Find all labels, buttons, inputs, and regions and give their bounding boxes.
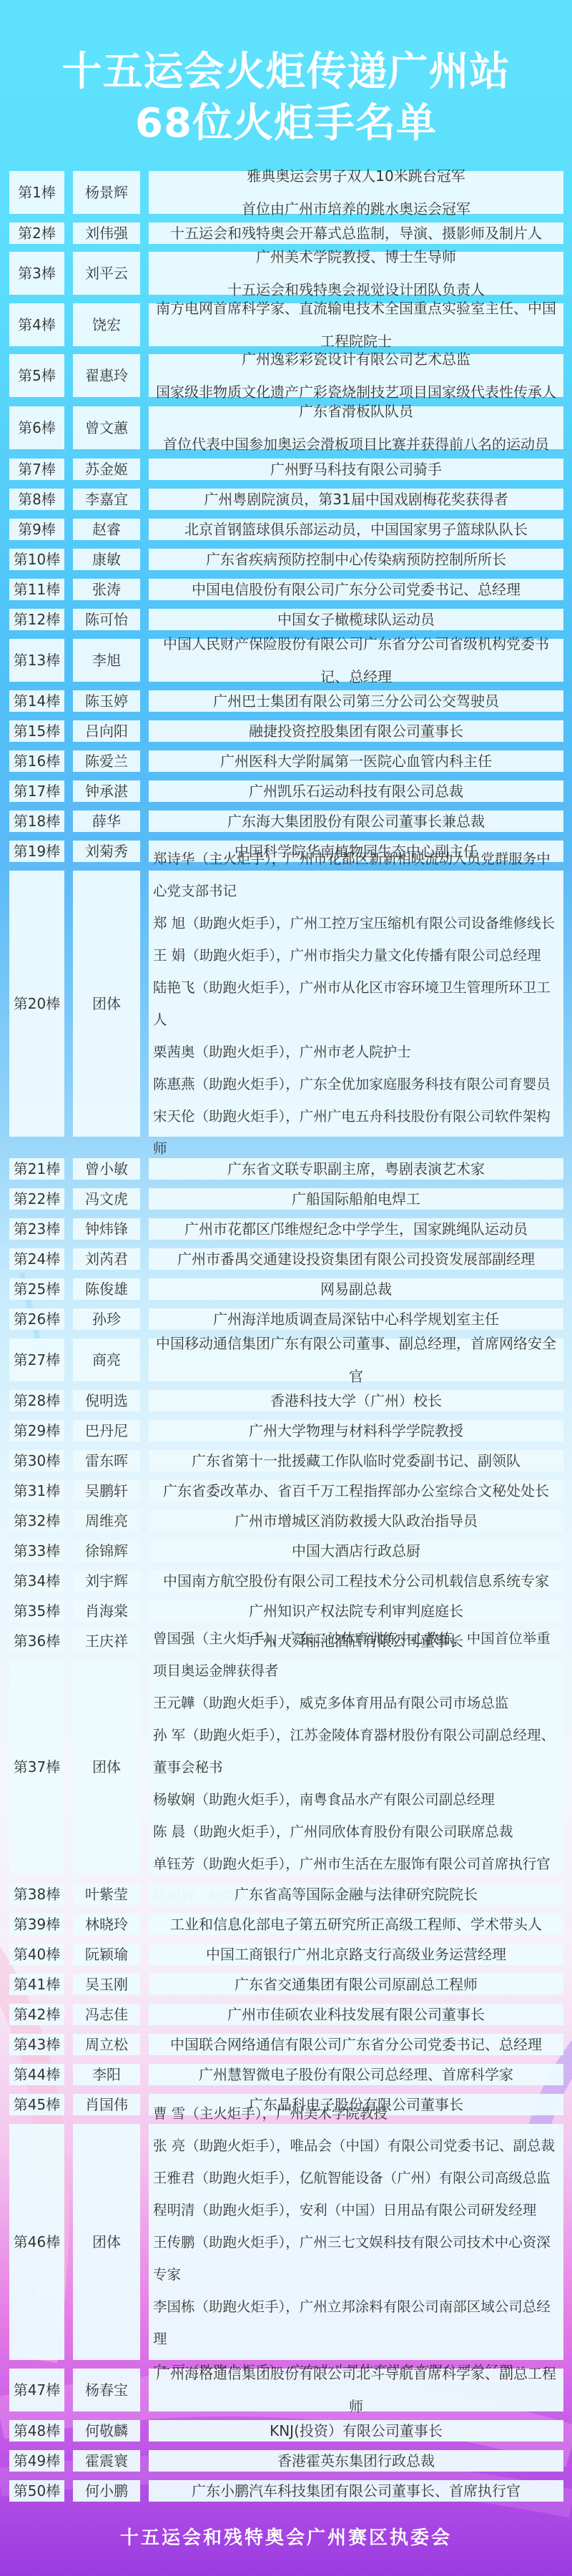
leg-number: 第5棒 (9, 354, 64, 397)
team-member-line: 孙 军（助跑火炬手），江苏金陵体育器材股份有限公司副总经理、董事会秘书 (153, 1719, 559, 1783)
team-member-line: 曾国强（主火炬手），广东二沙体育训练中心教练，中国首位举重项目奥运金牌获得者 (153, 1622, 559, 1687)
torchbearer-description: 广州市增城区消防救援大队政治指导员 (149, 1510, 563, 1532)
leg-number: 第32棒 (9, 1510, 64, 1532)
table-row: 第13棒李旭中国人民财产保险股份有限公司广东省分公司省级机构党委书记、总经理 (9, 639, 563, 682)
table-row: 第29棒巴丹尼广州大学物理与材料科学学院教授 (9, 1420, 563, 1441)
torchbearer-name: 杨春宝 (73, 2369, 140, 2411)
description-line: 广州野马科技有限公司骑手 (270, 453, 442, 486)
torchbearer-description: 广东省文联专职副主席，粤剧表演艺术家 (149, 1158, 563, 1180)
table-row: 第3棒刘平云广州美术学院教授、博士生导师十五运会和残特奥会视觉设计团队负责人 (9, 252, 563, 295)
torchbearer-description: 中国大酒店行政总厨 (149, 1540, 563, 1562)
description-line: KNJ(投资）有限公司董事长 (270, 2414, 443, 2447)
torchbearer-name: 陈爱兰 (73, 750, 140, 772)
torchbearer-name: 团体 (73, 871, 140, 1137)
table-row: 第49棒霍震寰香港霍英东集团行政总裁 (9, 2450, 563, 2472)
torchbearer-name: 肖国伟 (73, 2094, 140, 2115)
torchbearer-name: 倪明选 (73, 1390, 140, 1411)
table-row: 第40棒阮颖瑜中国工商银行广州北京路支行高级业务运营经理 (9, 1944, 563, 1965)
torchbearer-name: 林晓玲 (73, 1914, 140, 1935)
description-line: 广东省交通集团有限公司原副总工程师 (235, 1968, 478, 2001)
description-line: 广州慧智微电子股份有限公司总经理、首席科学家 (199, 2058, 513, 2091)
torchbearer-description: 广东小鹏汽车科技集团有限公司董事长、首席执行官 (149, 2480, 563, 2502)
leg-number: 第28棒 (9, 1390, 64, 1411)
description-line: 北京首钢篮球俱乐部运动员，中国国家男子篮球队队长 (184, 513, 528, 546)
torchbearer-name: 陈可怡 (73, 609, 140, 630)
torchbearer-description: 融捷投资控股集团有限公司董事长 (149, 720, 563, 742)
team-member-line: 杨敏娴（助跑火炬手），南粤食品水产有限公司副总经理 (153, 1783, 495, 1816)
table-row: 第20棒团体郑诗华（主火炬手），广州市花都区新新相映流动人员党群服务中心党支部书… (9, 871, 563, 1137)
leg-number: 第16棒 (9, 750, 64, 772)
torchbearer-name: 吴玉刚 (73, 1974, 140, 1995)
table-row: 第50棒何小鹏广东小鹏汽车科技集团有限公司董事长、首席执行官 (9, 2480, 563, 2502)
team-member-line: 王元韡（助跑火炬手），威克多体育用品有限公司市场总监 (153, 1687, 508, 1719)
description-line: 广州海格通信集团股份有限公司北斗导航首席科学家、副总工程师 (156, 2357, 556, 2423)
torchbearer-name: 王庆祥 (73, 1630, 140, 1652)
table-row: 第24棒刘芮君广州市番禺交通建设投资集团有限公司投资发展部副经理 (9, 1248, 563, 1270)
description-line: 广东省委改革办、省百千万工程指挥部办公室综合文秘处处长 (163, 1474, 549, 1507)
torchbearer-name: 阮颖瑜 (73, 1944, 140, 1965)
torchbearer-description: 中国人民财产保险股份有限公司广东省分公司省级机构党委书记、总经理 (149, 639, 563, 682)
leg-number: 第21棒 (9, 1158, 64, 1180)
description-line: 广州巴士集团有限公司第三分公司公交驾驶员 (213, 685, 499, 718)
torchbearer-name: 吕向阳 (73, 720, 140, 742)
leg-number: 第25棒 (9, 1278, 64, 1300)
description-line: 广东省第十一批援藏工作队临时党委副书记、副领队 (192, 1444, 521, 1477)
leg-number: 第17棒 (9, 780, 64, 802)
leg-number: 第30棒 (9, 1450, 64, 1471)
table-row: 第37棒团体曾国强（主火炬手），广东二沙体育训练中心教练，中国首位举重项目奥运金… (9, 1660, 563, 1874)
leg-number: 第6棒 (9, 406, 64, 449)
description-line: 中国工商银行广州北京路支行高级业务运营经理 (206, 1938, 506, 1971)
leg-number: 第43棒 (9, 2034, 64, 2055)
description-line: 广州市佳硕农业科技发展有限公司董事长 (227, 1998, 485, 2031)
leg-number: 第12棒 (9, 609, 64, 630)
table-row: 第6棒曾文蕙广东省滑板队队员首位代表中国参加奥运会滑板项目比赛并获得前八名的运动… (9, 406, 563, 449)
team-member-line: 陆艳飞（助跑火炬手），广州市从化区市容环境卫生管理所环卫工人 (153, 971, 559, 1036)
description-line: 香港霍英东集团行政总裁 (277, 2444, 435, 2477)
leg-number: 第22棒 (9, 1188, 64, 1210)
torchbearer-description: 广州野马科技有限公司骑手 (149, 459, 563, 480)
description-line: 香港科技大学（广州）校长 (270, 1384, 442, 1417)
torchbearer-name: 徐锦辉 (73, 1540, 140, 1562)
torchbearer-name: 苏金姬 (73, 459, 140, 480)
description-line: 工业和信息化部电子第五研究所正高级工程师、学术带头人 (170, 1908, 542, 1941)
leg-number: 第24棒 (9, 1248, 64, 1270)
leg-number: 第47棒 (9, 2369, 64, 2411)
leg-number: 第44棒 (9, 2064, 64, 2085)
torchbearer-name: 李阳 (73, 2064, 140, 2085)
description-line: 融捷投资控股集团有限公司董事长 (249, 715, 463, 748)
team-member-line: 陈 晨（助跑火炬手），广州同欣体育股份有限公司联席总裁 (153, 1816, 513, 1848)
team-member-line: 曹 雪（主火炬手），广州美术学院教授 (153, 2097, 388, 2130)
torchbearer-description: 南方电网首席科学家、直流输电技术全国重点实验室主任、中国工程院院士 (149, 303, 563, 346)
torchbearer-description: 中国工商银行广州北京路支行高级业务运营经理 (149, 1944, 563, 1965)
torchbearer-name: 周维亮 (73, 1510, 140, 1532)
description-line: 广州粤剧院演员，第31届中国戏剧梅花奖获得者 (204, 483, 508, 516)
torchbearer-name: 赵睿 (73, 519, 140, 540)
table-row: 第30棒雷东晖广东省第十一批援藏工作队临时党委副书记、副领队 (9, 1450, 563, 1471)
torchbearer-name: 团体 (73, 2124, 140, 2360)
leg-number: 第4棒 (9, 303, 64, 346)
torchbearer-name: 刘伟强 (73, 222, 140, 244)
torchbearer-name: 康敏 (73, 549, 140, 570)
table-row: 第35棒肖海棠广州知识产权法院专利审判庭庭长 (9, 1600, 563, 1622)
torchbearer-name: 钟炜锋 (73, 1218, 140, 1240)
team-member-line: 李国栋（助跑火炬手），广州立邦涂料有限公司南部区域公司总经理 (153, 2291, 559, 2355)
leg-number: 第20棒 (9, 871, 64, 1137)
torchbearer-name: 钟承湛 (73, 780, 140, 802)
table-row: 第15棒吕向阳融捷投资控股集团有限公司董事长 (9, 720, 563, 742)
torchbearer-name: 肖海棠 (73, 1600, 140, 1622)
leg-number: 第10棒 (9, 549, 64, 570)
page-subtitle: 68位火炬手名单 (0, 100, 572, 147)
leg-number: 第8棒 (9, 489, 64, 510)
torchbearer-description: 广东省交通集团有限公司原副总工程师 (149, 1974, 563, 1995)
description-line: 网易副总裁 (320, 1273, 392, 1306)
team-member-line: 王雅君（助跑火炬手），亿航智能设备（广州）有限公司高级总监 (153, 2162, 551, 2194)
torchbearer-description: 广州凯乐石运动科技有限公司总裁 (149, 780, 563, 802)
table-row: 第31棒吴鹏轩广东省委改革办、省百千万工程指挥部办公室综合文秘处处长 (9, 1480, 563, 1502)
torchbearer-description: 广船国际船舶电焊工 (149, 1188, 563, 1210)
description-line: 广东小鹏汽车科技集团有限公司董事长、首席执行官 (192, 2474, 521, 2507)
torchbearer-description: KNJ(投资）有限公司董事长 (149, 2420, 563, 2442)
torchbearer-name: 曾文蕙 (73, 406, 140, 449)
description-line: 广东省文联专职副主席，粤剧表演艺术家 (227, 1152, 485, 1185)
team-member-line: 栗茜奥（助跑火炬手），广州市老人院护士 (153, 1036, 411, 1068)
torchbearer-name: 张涛 (73, 579, 140, 600)
description-line: 广州市增城区消防救援大队政治指导员 (235, 1504, 478, 1537)
page-title: 十五运会火炬传递广州站 (0, 49, 572, 96)
table-row: 第39棒林晓玲工业和信息化部电子第五研究所正高级工程师、学术带头人 (9, 1914, 563, 1935)
torchbearer-name: 何敬麟 (73, 2420, 140, 2442)
leg-number: 第27棒 (9, 1338, 64, 1381)
leg-number: 第26棒 (9, 1308, 64, 1330)
torchbearer-name: 团体 (73, 1660, 140, 1874)
table-row: 第25棒陈俊雄网易副总裁 (9, 1278, 563, 1300)
leg-number: 第2棒 (9, 222, 64, 244)
torchbearer-name: 刘宇辉 (73, 1570, 140, 1592)
table-row: 第38棒叶紫莹广东省高等国际金融与法律研究院院长 (9, 1884, 563, 1905)
leg-number: 第46棒 (9, 2124, 64, 2360)
table-row: 第11棒张涛中国电信股份有限公司广东分公司党委书记、总经理 (9, 579, 563, 600)
leg-number: 第29棒 (9, 1420, 64, 1441)
leg-number: 第42棒 (9, 2004, 64, 2025)
torchbearer-description: 广东省疾病预防控制中心传染病预防控制所所长 (149, 549, 563, 570)
leg-number: 第39棒 (9, 1914, 64, 1935)
table-row: 第48棒何敬麟KNJ(投资）有限公司董事长 (9, 2420, 563, 2442)
leg-number: 第41棒 (9, 1974, 64, 1995)
torchbearer-description: 广东省第十一批援藏工作队临时党委副书记、副领队 (149, 1450, 563, 1471)
description-line: 中国南方航空股份有限公司工程技术分公司机载信息系统专家 (163, 1564, 549, 1597)
team-member-line: 陈惠燕（助跑火炬手），广东全优加家庭服务科技有限公司育婴员 (153, 1068, 551, 1100)
table-row: 第5棒翟惠玲广州逸彩彩瓷设计有限公司艺术总监国家级非物质文化遗产广彩瓷烧制技艺项… (9, 354, 563, 397)
torchbearer-description: 广州市佳硕农业科技发展有限公司董事长 (149, 2004, 563, 2025)
description-line: 广州医科大学附属第一医院心血管内科主任 (220, 745, 492, 778)
torchbearer-description: 广州逸彩彩瓷设计有限公司艺术总监国家级非物质文化遗产广彩瓷烧制技艺项目国家级代表… (149, 354, 563, 397)
torchbearer-name: 雷东晖 (73, 1450, 140, 1471)
description-line: 广东省滑板队队员 (299, 395, 413, 428)
torchbearer-description: 雅典奥运会男子双人10米跳台冠军首位由广州市培养的跳水奥运会冠军 (149, 171, 563, 214)
torchbearer-description: 广东省滑板队队员首位代表中国参加奥运会滑板项目比赛并获得前八名的运动员 (149, 406, 563, 449)
leg-number: 第23棒 (9, 1218, 64, 1240)
table-row: 第42棒冯志佳广州市佳硕农业科技发展有限公司董事长 (9, 2004, 563, 2025)
torchbearer-description: 曹 雪（主火炬手），广州美术学院教授张 亮（助跑火炬手），唯品会（中国）有限公司… (149, 2124, 563, 2360)
description-line: 中国电信股份有限公司广东分公司党委书记、总经理 (192, 573, 521, 606)
torchbearer-description: 曾国强（主火炬手），广东二沙体育训练中心教练，中国首位举重项目奥运金牌获得者王元… (149, 1660, 563, 1874)
team-member-line: 王传鹏（助跑火炬手），广州三七文娱科技有限公司技术中心资深专家 (153, 2226, 559, 2291)
table-row: 第4棒饶宏南方电网首席科学家、直流输电技术全国重点实验室主任、中国工程院院士 (9, 303, 563, 346)
leg-number: 第7棒 (9, 459, 64, 480)
leg-number: 第38棒 (9, 1884, 64, 1905)
leg-number: 第19棒 (9, 841, 64, 862)
torchbearer-description: 广州知识产权法院专利审判庭庭长 (149, 1600, 563, 1622)
leg-number: 第31棒 (9, 1480, 64, 1502)
torchbearer-description: 北京首钢篮球俱乐部运动员，中国国家男子篮球队队长 (149, 519, 563, 540)
team-member-line: 张 亮（助跑火炬手），唯品会（中国）有限公司党委书记、副总裁 (153, 2130, 555, 2162)
torchbearer-name: 曾小敏 (73, 1158, 140, 1180)
torchbearer-description: 郑诗华（主火炬手），广州市花都区新新相映流动人员党群服务中心党支部书记郑 旭（助… (149, 871, 563, 1137)
torchbearer-description: 广东省委改革办、省百千万工程指挥部办公室综合文秘处处长 (149, 1480, 563, 1502)
table-row: 第16棒陈爱兰广州医科大学附属第一医院心血管内科主任 (9, 750, 563, 772)
leg-number: 第37棒 (9, 1660, 64, 1874)
leg-number: 第14棒 (9, 690, 64, 712)
description-line: 中国联合网络通信有限公司广东省分公司党委书记、总经理 (170, 2028, 542, 2061)
table-row: 第7棒苏金姬广州野马科技有限公司骑手 (9, 459, 563, 480)
team-member-line: 程明清（助跑火炬手），安利（中国）日用品有限公司研发经理 (153, 2194, 536, 2226)
leg-number: 第1棒 (9, 171, 64, 214)
torchbearer-name: 周立松 (73, 2034, 140, 2055)
table-row: 第14棒陈玉婷广州巴士集团有限公司第三分公司公交驾驶员 (9, 690, 563, 712)
torchbearer-description: 中国联合网络通信有限公司广东省分公司党委书记、总经理 (149, 2034, 563, 2055)
team-member-line: 郑 旭（助跑火炬手），广州工控万宝压缩机有限公司设备维修线长 (153, 907, 555, 939)
table-row: 第43棒周立松中国联合网络通信有限公司广东省分公司党委书记、总经理 (9, 2034, 563, 2055)
description-line: 中国移动通信集团广东有限公司董事、副总经理，首席网络安全官 (156, 1327, 556, 1393)
torchbearer-name: 薛华 (73, 810, 140, 832)
torchbearer-description: 广州市番禺交通建设投资集团有限公司投资发展部副经理 (149, 1248, 563, 1270)
table-row: 第18棒薛华广东海大集团股份有限公司董事长兼总裁 (9, 810, 563, 832)
leg-number: 第48棒 (9, 2420, 64, 2442)
torchbearer-description: 广东省高等国际金融与法律研究院院长 (149, 1884, 563, 1905)
table-row: 第46棒团体曹 雪（主火炬手），广州美术学院教授张 亮（助跑火炬手），唯品会（中… (9, 2124, 563, 2360)
torchbearer-name: 刘芮君 (73, 1248, 140, 1270)
description-line: 中国人民财产保险股份有限公司广东省分公司省级机构党委书记、总经理 (156, 627, 556, 693)
torchbearer-name: 陈俊雄 (73, 1278, 140, 1300)
torchbearer-name: 冯文虎 (73, 1188, 140, 1210)
torchbearer-name: 陈玉婷 (73, 690, 140, 712)
torchbearer-description: 广州市花都区邝维煜纪念中学学生，国家跳绳队运动员 (149, 1218, 563, 1240)
torchbearer-name: 商亮 (73, 1338, 140, 1381)
torchbearer-description: 广州巴士集团有限公司第三分公司公交驾驶员 (149, 690, 563, 712)
table-row: 第28棒倪明选香港科技大学（广州）校长 (9, 1390, 563, 1411)
torchbearer-name: 李嘉宜 (73, 489, 140, 510)
torchbearer-description: 中国电信股份有限公司广东分公司党委书记、总经理 (149, 579, 563, 600)
torchbearer-name: 霍震寰 (73, 2450, 140, 2472)
torchbearer-description: 广东海大集团股份有限公司董事长兼总裁 (149, 810, 563, 832)
table-row: 第10棒康敏广东省疾病预防控制中心传染病预防控制所所长 (9, 549, 563, 570)
leg-number: 第33棒 (9, 1540, 64, 1562)
table-row: 第17棒钟承湛广州凯乐石运动科技有限公司总裁 (9, 780, 563, 802)
table-row: 第22棒冯文虎广船国际船舶电焊工 (9, 1188, 563, 1210)
torchbearer-description: 广州医科大学附属第一医院心血管内科主任 (149, 750, 563, 772)
table-row: 第44棒李阳广州慧智微电子股份有限公司总经理、首席科学家 (9, 2064, 563, 2085)
table-row: 第47棒杨春宝广州海格通信集团股份有限公司北斗导航首席科学家、副总工程师 (9, 2369, 563, 2411)
leg-number: 第15棒 (9, 720, 64, 742)
torchbearer-description: 广州海格通信集团股份有限公司北斗导航首席科学家、副总工程师 (149, 2369, 563, 2411)
torchbearer-description: 中国移动通信集团广东有限公司董事、副总经理，首席网络安全官 (149, 1338, 563, 1381)
torchbearer-name: 李旭 (73, 639, 140, 682)
leg-number: 第3棒 (9, 252, 64, 295)
description-line: 广州大学物理与材料科学学院教授 (249, 1414, 463, 1447)
description-line: 广东省疾病预防控制中心传染病预防控制所所长 (206, 543, 506, 576)
footer-organizer: 十五运会和残特奥会广州赛区执委会 (0, 2523, 572, 2550)
description-line: 广州凯乐石运动科技有限公司总裁 (249, 775, 463, 808)
torchbearer-name: 冯志佳 (73, 2004, 140, 2025)
description-line: 广东省高等国际金融与法律研究院院长 (235, 1878, 478, 1911)
torchbearer-name: 巴丹尼 (73, 1420, 140, 1441)
description-line: 广州市番禺交通建设投资集团有限公司投资发展部副经理 (177, 1243, 535, 1275)
torchbearer-name: 何小鹏 (73, 2480, 140, 2502)
table-row: 第34棒刘宇辉中国南方航空股份有限公司工程技术分公司机载信息系统专家 (9, 1570, 563, 1592)
description-line: 广船国际船舶电焊工 (292, 1182, 420, 1215)
torchbearer-name: 翟惠玲 (73, 354, 140, 397)
torchbearer-name: 叶紫莹 (73, 1884, 140, 1905)
page-header: 十五运会火炬传递广州站 68位火炬手名单 (0, 0, 572, 165)
leg-number: 第49棒 (9, 2450, 64, 2472)
team-member-line: 王 娟（助跑火炬手），广州市指尖力量文化传播有限公司总经理 (153, 939, 541, 971)
torchbearer-description: 中国南方航空股份有限公司工程技术分公司机载信息系统专家 (149, 1570, 563, 1592)
leg-number: 第40棒 (9, 1944, 64, 1965)
torchbearer-name: 杨景辉 (73, 171, 140, 214)
leg-number: 第34棒 (9, 1570, 64, 1592)
torchbearer-name: 刘菊秀 (73, 841, 140, 862)
torchbearer-name: 孙珍 (73, 1308, 140, 1330)
torchbearer-description: 香港科技大学（广州）校长 (149, 1390, 563, 1411)
table-row: 第9棒赵睿北京首钢篮球俱乐部运动员，中国国家男子篮球队队长 (9, 519, 563, 540)
team-member-line: 单钰芳（助跑火炬手），广州市生活在左服饰有限公司首席执行官 (153, 1848, 551, 1880)
table-row: 第21棒曾小敏广东省文联专职副主席，粤剧表演艺术家 (9, 1158, 563, 1180)
torchbearer-description: 网易副总裁 (149, 1278, 563, 1300)
leg-number: 第50棒 (9, 2480, 64, 2502)
torchbearer-description: 广州美术学院教授、博士生导师十五运会和残特奥会视觉设计团队负责人 (149, 252, 563, 295)
leg-number: 第9棒 (9, 519, 64, 540)
description-line: 广州逸彩彩瓷设计有限公司艺术总监 (242, 343, 470, 376)
torchbearer-description: 香港霍英东集团行政总裁 (149, 2450, 563, 2472)
table-row: 第32棒周维亮广州市增城区消防救援大队政治指导员 (9, 1510, 563, 1532)
description-line: 广东海大集团股份有限公司董事长兼总裁 (227, 805, 485, 838)
team-member-line: 郑诗华（主火炬手），广州市花都区新新相映流动人员党群服务中心党支部书记 (153, 843, 559, 907)
table-row: 第8棒李嘉宜广州粤剧院演员，第31届中国戏剧梅花奖获得者 (9, 489, 563, 510)
table-row: 第41棒吴玉刚广东省交通集团有限公司原副总工程师 (9, 1974, 563, 1995)
leg-number: 第45棒 (9, 2094, 64, 2115)
leg-number: 第13棒 (9, 639, 64, 682)
description-line: 广州市花都区邝维煜纪念中学学生，国家跳绳队运动员 (184, 1213, 528, 1245)
torchbearer-description: 工业和信息化部电子第五研究所正高级工程师、学术带头人 (149, 1914, 563, 1935)
table-row: 第23棒钟炜锋广州市花都区邝维煜纪念中学学生，国家跳绳队运动员 (9, 1218, 563, 1240)
torchbearer-description: 广州大学物理与材料科学学院教授 (149, 1420, 563, 1441)
table-row: 第1棒杨景辉雅典奥运会男子双人10米跳台冠军首位由广州市培养的跳水奥运会冠军 (9, 171, 563, 214)
description-line: 中国大酒店行政总厨 (292, 1534, 420, 1567)
leg-number: 第36棒 (9, 1630, 64, 1652)
torchbearer-description: 广州慧智微电子股份有限公司总经理、首席科学家 (149, 2064, 563, 2085)
torchbearer-description: 广州粤剧院演员，第31届中国戏剧梅花奖获得者 (149, 489, 563, 510)
leg-number: 第11棒 (9, 579, 64, 600)
table-row: 第27棒商亮中国移动通信集团广东有限公司董事、副总经理，首席网络安全官 (9, 1338, 563, 1381)
torchbearer-name: 刘平云 (73, 252, 140, 295)
leg-number: 第35棒 (9, 1600, 64, 1622)
torchbearer-name: 吴鹏轩 (73, 1480, 140, 1502)
description-line: 广州美术学院教授、博士生导师 (256, 240, 456, 273)
leg-number: 第18棒 (9, 810, 64, 832)
description-line: 雅典奥运会男子双人10米跳台冠军 (247, 160, 465, 192)
torchbearer-name: 饶宏 (73, 303, 140, 346)
table-row: 第33棒徐锦辉中国大酒店行政总厨 (9, 1540, 563, 1562)
